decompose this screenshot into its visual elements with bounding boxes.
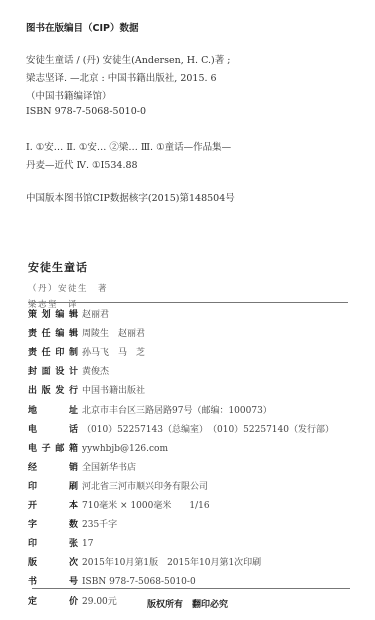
colophon-row: 字数235千字 [28, 517, 117, 530]
colophon-value: 中国书籍出版社 [82, 383, 145, 396]
colophon-label-char: 辑 [69, 307, 78, 320]
cip-line: （中国书籍编译馆） [26, 88, 112, 102]
colophon-label: 印张 [28, 536, 78, 549]
colophon-label-char: 制 [69, 345, 78, 358]
colophon-row: 开本710毫米 × 1000毫米 1/16 [28, 498, 210, 511]
colophon-label-char: 发 [55, 383, 64, 396]
colophon-label-char: 辑 [69, 326, 78, 339]
colophon-label: 责任编辑 [28, 326, 78, 339]
colophon-value: 全国新华书店 [82, 460, 136, 473]
book-title: 安徒生童话 [28, 259, 88, 275]
colophon-label: 字数 [28, 517, 78, 530]
colophon-label: 策划编辑 [28, 307, 78, 320]
colophon-label-char: 号 [69, 574, 78, 587]
colophon-row: 策划编辑赵丽君 [28, 307, 109, 320]
colophon-label-char: 任 [42, 326, 51, 339]
colophon-label-char: 划 [42, 307, 51, 320]
colophon-label: 电子邮箱 [28, 441, 78, 454]
divider-top [28, 302, 348, 303]
colophon-label-char: 版 [42, 383, 51, 396]
colophon-label-char: 出 [28, 383, 37, 396]
colophon-value: 235千字 [82, 517, 117, 530]
colophon-label-char: 印 [28, 536, 37, 549]
colophon-label-char: 电 [28, 422, 37, 435]
colophon-label-char: 刷 [69, 479, 78, 492]
colophon-label-char: 编 [55, 307, 64, 320]
colophon-label-char: 字 [28, 517, 37, 530]
cip-classification: 丹麦—近代 Ⅳ. ①I534.88 [26, 157, 138, 171]
colophon-label-char: 经 [28, 460, 37, 473]
copyright-notice: 版权所有 翻印必究 [0, 597, 375, 610]
colophon-label-char: 话 [69, 422, 78, 435]
colophon-label-char: 址 [69, 403, 78, 416]
colophon-label-char: 开 [28, 498, 37, 511]
colophon-row: 印刷河北省三河市顺兴印务有限公司 [28, 479, 208, 492]
colophon-row: 地址北京市丰台区三路居路97号（邮编：100073） [28, 403, 272, 416]
colophon-label-char: 邮 [55, 441, 64, 454]
colophon-row: 版次2015年10月第1版 2015年10月第1次印刷 [28, 555, 261, 568]
colophon-row: 经销全国新华书店 [28, 460, 136, 473]
colophon-value: 北京市丰台区三路居路97号（邮编：100073） [82, 403, 272, 416]
colophon-label-char: 电 [28, 441, 37, 454]
colophon-label-char: 数 [69, 517, 78, 530]
colophon-label-char: 编 [55, 326, 64, 339]
colophon-label-char: 印 [28, 479, 37, 492]
colophon-label-char: 策 [28, 307, 37, 320]
colophon-label: 经销 [28, 460, 78, 473]
colophon-label-char: 计 [69, 364, 78, 377]
cip-isbn: ISBN 978-7-5068-5010-0 [26, 106, 146, 117]
colophon-value: 赵丽君 [82, 307, 109, 320]
colophon-value: 710毫米 × 1000毫米 1/16 [82, 498, 210, 511]
divider-bottom [32, 588, 350, 589]
colophon-label-char: 箱 [69, 441, 78, 454]
book-author: （丹）安徒生 著 [28, 282, 108, 294]
cip-classification: Ⅰ. ①安… Ⅱ. ①安… ②梁… Ⅲ. ①童话—作品集— [26, 139, 231, 153]
colophon-value: 黄俊杰 [82, 364, 109, 377]
colophon-label: 责任印制 [28, 345, 78, 358]
colophon-value: 周陵生 赵丽君 [82, 326, 145, 339]
cip-verification: 中国版本图书馆CIP数据核字(2015)第148504号 [26, 190, 235, 204]
cip-line: 安徒生童话 / (丹) 安徒生(Andersen, H. C.)著 ; [26, 52, 230, 66]
colophon-label-char: 任 [42, 345, 51, 358]
colophon-label: 版次 [28, 555, 78, 568]
colophon-row: 封面设计黄俊杰 [28, 364, 109, 377]
colophon-value: 孙马飞 马 芝 [82, 345, 145, 358]
cip-heading: 图书在版编目（CIP）数据 [26, 20, 138, 34]
colophon-row: 书号ISBN 978-7-5068-5010-0 [28, 574, 196, 587]
colophon-label-char: 责 [28, 345, 37, 358]
colophon-row: 出版发行中国书籍出版社 [28, 383, 145, 396]
colophon-label-char: 书 [28, 574, 37, 587]
colophon-row: 责任印制孙马飞 马 芝 [28, 345, 145, 358]
colophon-label-char: 本 [69, 498, 78, 511]
colophon-row: 责任编辑周陵生 赵丽君 [28, 326, 145, 339]
colophon-label: 书号 [28, 574, 78, 587]
colophon-row: 电话（010）52257143（总编室） （010）52257140（发行部） [28, 422, 334, 435]
colophon-label-char: 张 [69, 536, 78, 549]
colophon-row: 电子邮箱yywhbjb@126.com [28, 441, 168, 454]
colophon-label-char: 责 [28, 326, 37, 339]
colophon-value: 2015年10月第1版 2015年10月第1次印刷 [82, 555, 261, 568]
colophon-label-char: 次 [69, 555, 78, 568]
colophon-label-char: 面 [42, 364, 51, 377]
colophon-label-char: 设 [55, 364, 64, 377]
colophon-label: 地址 [28, 403, 78, 416]
colophon-row: 印张17 [28, 536, 93, 549]
colophon-label-char: 行 [69, 383, 78, 396]
colophon-label: 印刷 [28, 479, 78, 492]
colophon-value: 17 [82, 539, 93, 549]
colophon-label: 出版发行 [28, 383, 78, 396]
colophon-label: 电话 [28, 422, 78, 435]
colophon-label-char: 印 [55, 345, 64, 358]
cip-line: 梁志坚译. —北京 : 中国书籍出版社, 2015. 6 [26, 70, 217, 84]
colophon-label-char: 子 [42, 441, 51, 454]
colophon-value: yywhbjb@126.com [82, 444, 168, 454]
colophon-value: ISBN 978-7-5068-5010-0 [82, 577, 196, 587]
colophon-label-char: 封 [28, 364, 37, 377]
colophon-label-char: 版 [28, 555, 37, 568]
colophon-label: 封面设计 [28, 364, 78, 377]
colophon-label: 开本 [28, 498, 78, 511]
colophon-label-char: 销 [69, 460, 78, 473]
colophon-value: （010）52257143（总编室） （010）52257140（发行部） [82, 422, 334, 435]
colophon-label-char: 地 [28, 403, 37, 416]
colophon-value: 河北省三河市顺兴印务有限公司 [82, 479, 208, 492]
